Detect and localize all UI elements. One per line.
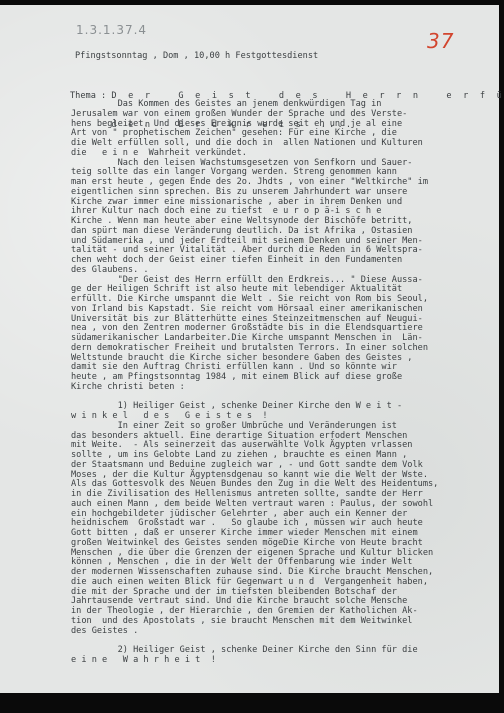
page-number: 37 <box>427 29 454 53</box>
text-line: des Geistes . <box>71 627 438 637</box>
text-line: e i n e W a h r h e i t ! <box>71 656 438 666</box>
archive-number: 1.3.1.37.4 <box>76 23 147 37</box>
document-page: 1.3.1.37.4 37 Pfingstsonntag , Dom , 10,… <box>0 5 499 693</box>
text-line: Kirche christi beten : <box>71 383 438 393</box>
service-header: Pfingstsonntag , Dom , 10,00 h Festgotte… <box>75 52 318 62</box>
sermon-body: Das Kommen des Geistes an jenem denkwürd… <box>71 100 438 666</box>
